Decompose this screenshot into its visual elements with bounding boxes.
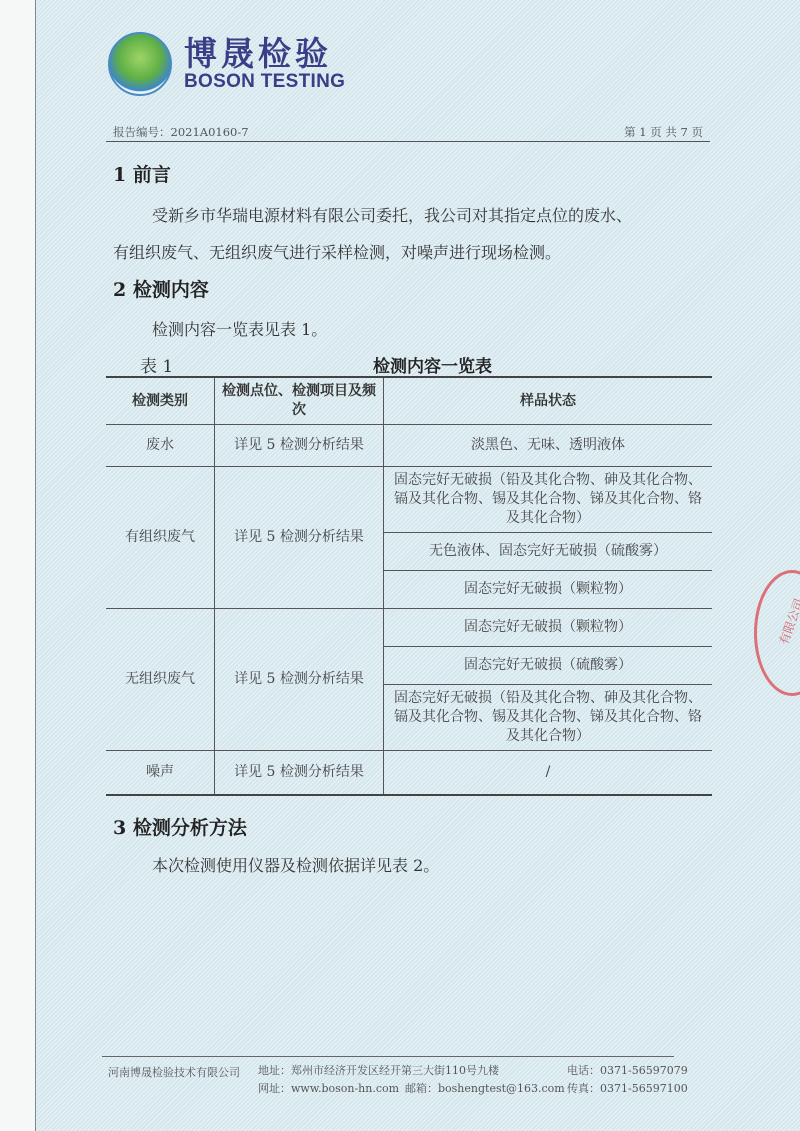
table-number: 表 1 bbox=[140, 352, 173, 377]
footer-fax: 传真：0371-56597100 bbox=[567, 1080, 688, 1098]
section-heading-3: 3 检测分析方法 bbox=[113, 813, 247, 840]
table-row: 有组织废气 详见 5 检测分析结果 固态完好无破损（铅及其化合物、砷及其化合物、… bbox=[106, 467, 712, 533]
table-row: 噪声 详见 5 检测分析结果 / bbox=[106, 751, 712, 795]
footer-company: 河南博晟检验技术有限公司 bbox=[108, 1064, 240, 1082]
section-3-body: 本次检测使用仪器及检测依据详见表 2。 bbox=[152, 853, 439, 876]
detection-content-table: 检测类别 检测点位、检测项目及频次 样品状态 废水 详见 5 检测分析结果 淡黑… bbox=[106, 376, 712, 796]
footer-contact-block: 电话：0371-56597079 传真：0371-56597100 bbox=[567, 1062, 688, 1098]
page-info: 第 1 页 共 7 页 bbox=[624, 124, 703, 140]
red-seal-stamp: 有限公司 bbox=[754, 570, 800, 696]
logo-name-cn: 博晟检验 bbox=[184, 36, 345, 72]
footer-divider bbox=[102, 1056, 674, 1057]
report-number: 报告编号：2021A0160-7 bbox=[113, 124, 249, 140]
table-row: 无组织废气 详见 5 检测分析结果 固态完好无破损（颗粒物） bbox=[106, 609, 712, 647]
footer-address: 地址：郑州市经济开发区经开第三大街110号九楼 bbox=[258, 1062, 499, 1080]
header-points: 检测点位、检测项目及频次 bbox=[215, 377, 384, 425]
table-row: 废水 详见 5 检测分析结果 淡黑色、无味、透明液体 bbox=[106, 425, 712, 467]
header-state: 样品状态 bbox=[384, 377, 713, 425]
footer-email[interactable]: 邮箱：boshengtest@163.com bbox=[405, 1080, 565, 1098]
section-heading-2: 2 检测内容 bbox=[113, 275, 209, 302]
report-header: 报告编号：2021A0160-7 第 1 页 共 7 页 bbox=[113, 124, 703, 140]
company-logo: 博晟检验 BOSON TESTING bbox=[108, 32, 345, 96]
header-divider bbox=[106, 141, 710, 142]
footer-phone: 电话：0371-56597079 bbox=[567, 1062, 688, 1080]
section-2-body: 检测内容一览表见表 1。 bbox=[152, 317, 327, 340]
section-heading-1: 1 前言 bbox=[113, 160, 171, 187]
header-category: 检测类别 bbox=[106, 377, 215, 425]
section-1-line-2: 有组织废气、无组织废气进行采样检测，对噪声进行现场检测。 bbox=[113, 240, 561, 263]
page-edge bbox=[0, 0, 36, 1131]
table-title: 检测内容一览表 bbox=[373, 352, 492, 377]
logo-badge-icon bbox=[108, 32, 172, 96]
section-1-line-1: 受新乡市华瑞电源材料有限公司委托，我公司对其指定点位的废水、 bbox=[152, 203, 632, 226]
logo-name-en: BOSON TESTING bbox=[184, 72, 345, 92]
